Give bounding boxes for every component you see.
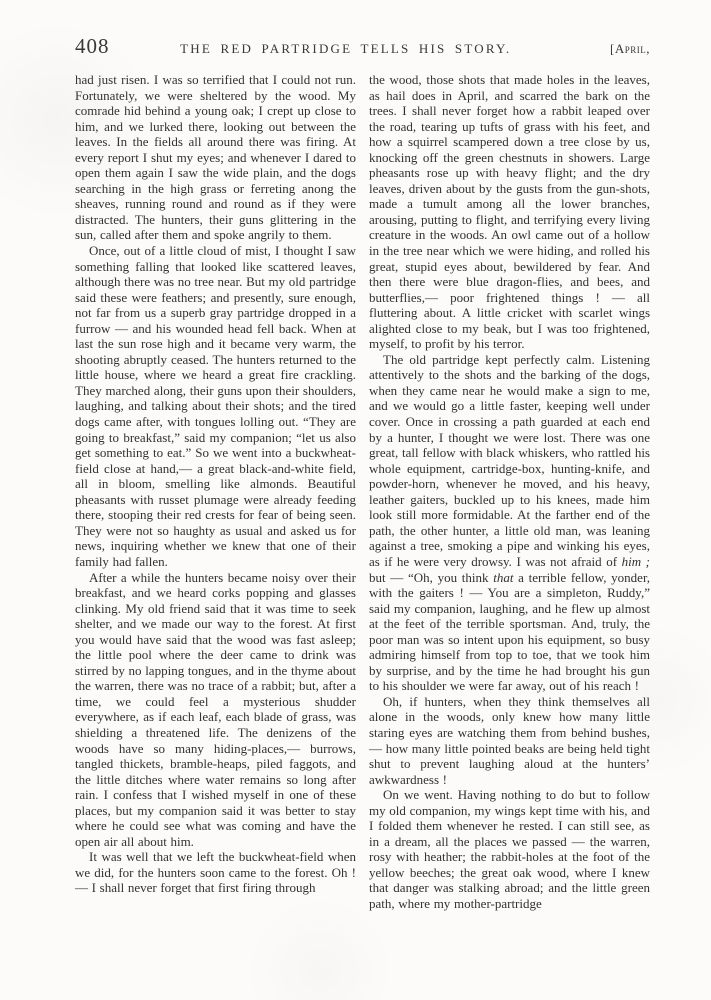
right-column: the wood, those shots that made holes in… — [369, 72, 650, 912]
page-content: 408 THE RED PARTRIDGE TELLS HIS STORY. [… — [75, 34, 650, 912]
paragraph: Once, out of a little cloud of mist, I t… — [75, 243, 356, 569]
left-column: had just risen. I was so terrified that … — [75, 72, 356, 912]
paragraph: It was well that we left the buckwheat-f… — [75, 849, 356, 896]
paragraph: the wood, those shots that made holes in… — [369, 72, 650, 352]
page-number: 408 — [75, 34, 110, 59]
paragraph: Oh, if hunters, when they think themselv… — [369, 694, 650, 787]
paragraph: had just risen. I was so terrified that … — [75, 72, 356, 243]
running-head: 408 THE RED PARTRIDGE TELLS HIS STORY. [… — [75, 34, 650, 59]
paragraph: The old partridge kept perfectly calm. L… — [369, 352, 650, 694]
paragraph: After a while the hunters became noisy o… — [75, 570, 356, 850]
text-columns: had just risen. I was so terrified that … — [75, 72, 650, 912]
running-title: THE RED PARTRIDGE TELLS HIS STORY. — [180, 41, 511, 57]
paragraph: On we went. Having nothing to do but to … — [369, 787, 650, 911]
issue-date: [April, — [610, 41, 650, 57]
book-page-scan: 408 THE RED PARTRIDGE TELLS HIS STORY. [… — [0, 0, 711, 1000]
